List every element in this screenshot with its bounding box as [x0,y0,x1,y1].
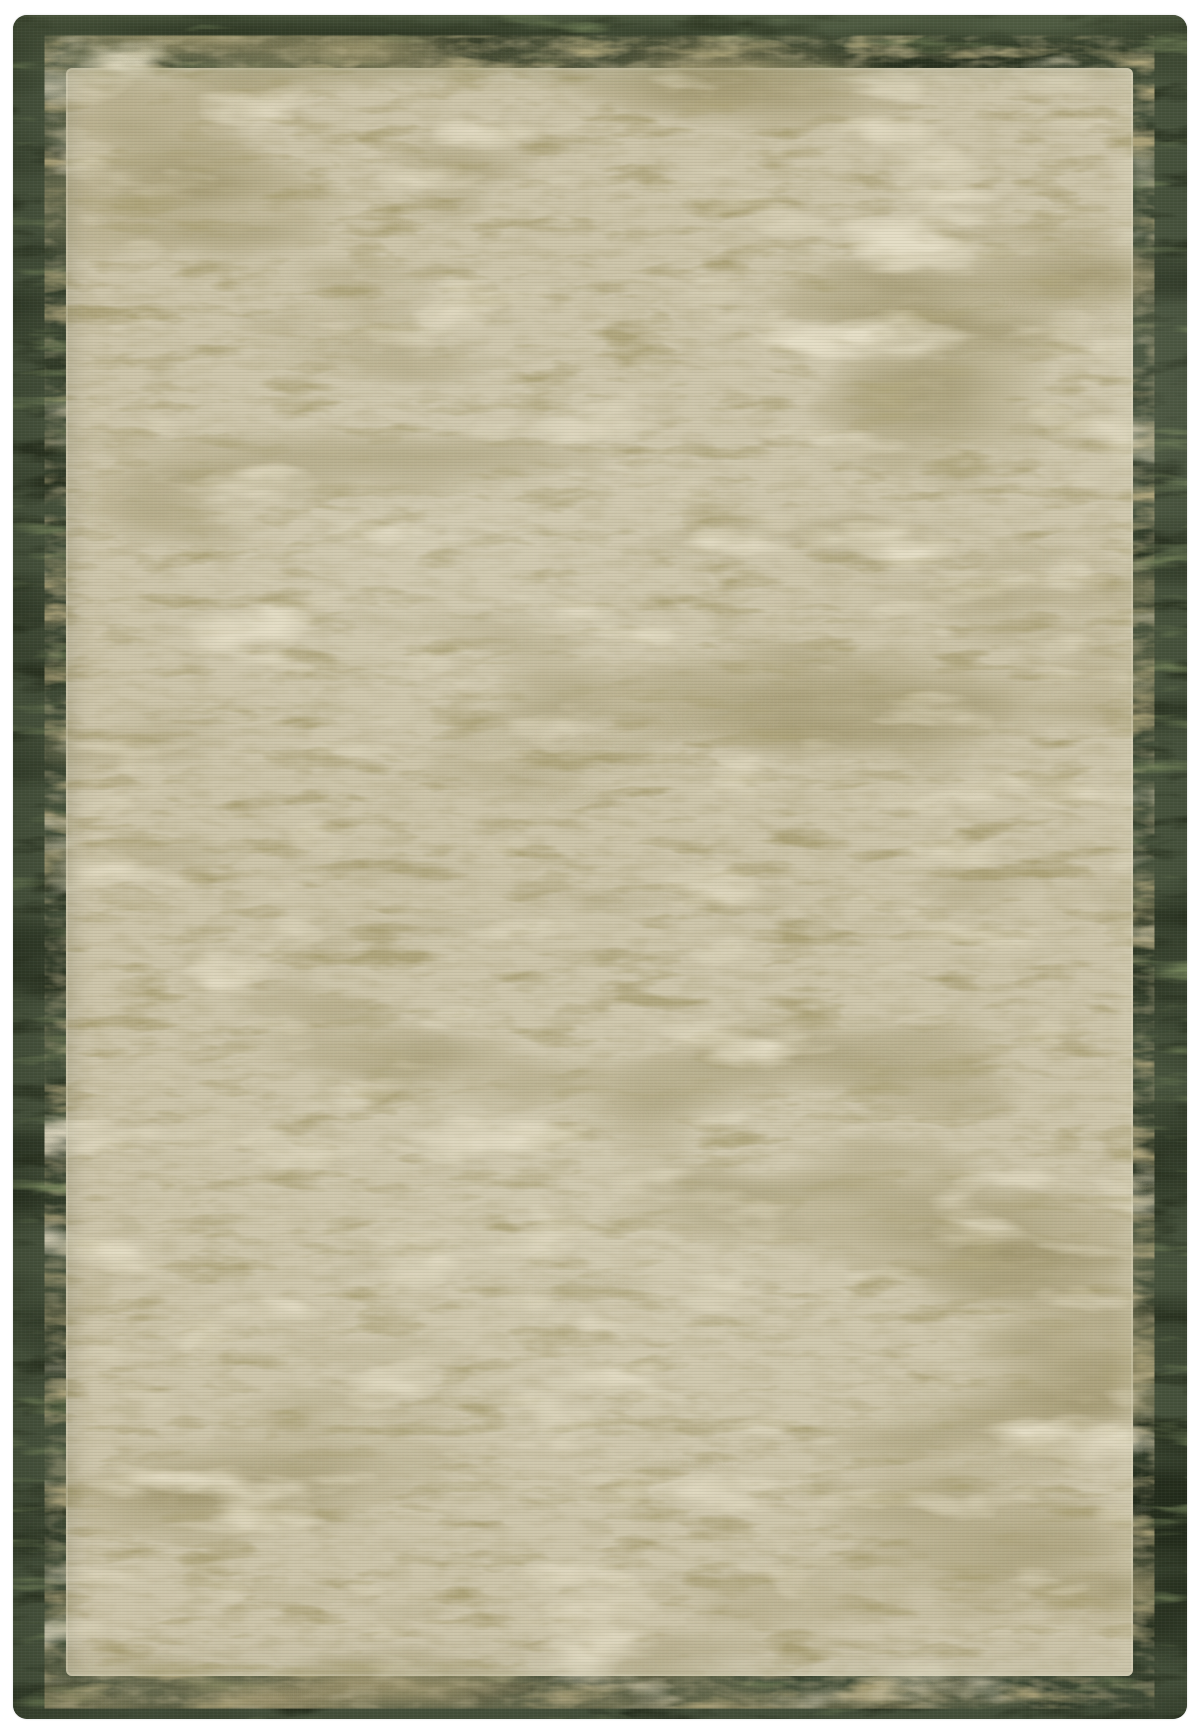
rug-image [13,15,1187,1719]
photo-canvas [0,0,1200,1733]
rug-field [66,68,1133,1676]
rug-texture-svg [13,15,1187,1719]
